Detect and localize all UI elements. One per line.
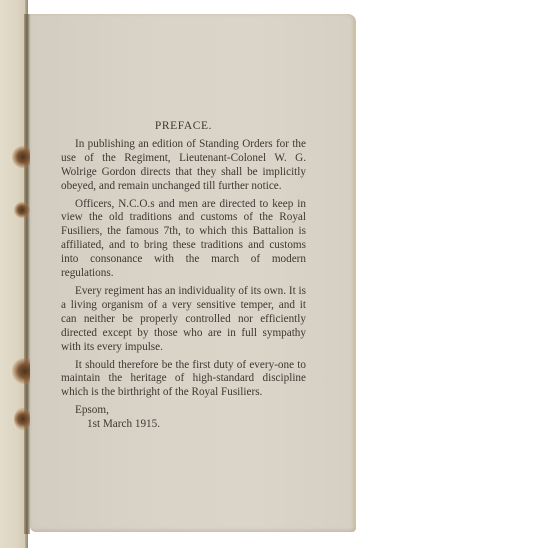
paragraph: In publishing an edition of Standing Ord… (61, 138, 306, 194)
page-title: PREFACE. (61, 120, 306, 134)
signature-date: 1st March 1915. (61, 418, 306, 432)
paragraph: Officers, N.C.O.s and men are directed t… (61, 198, 306, 281)
signature-place: Epsom, (61, 404, 306, 418)
rust-stain (14, 202, 30, 218)
paragraph: It should therefore be the first duty of… (61, 359, 306, 401)
paragraph: Every regiment has an individuality of i… (61, 285, 306, 355)
preface-text: PREFACE. In publishing an edition of Sta… (61, 120, 306, 432)
